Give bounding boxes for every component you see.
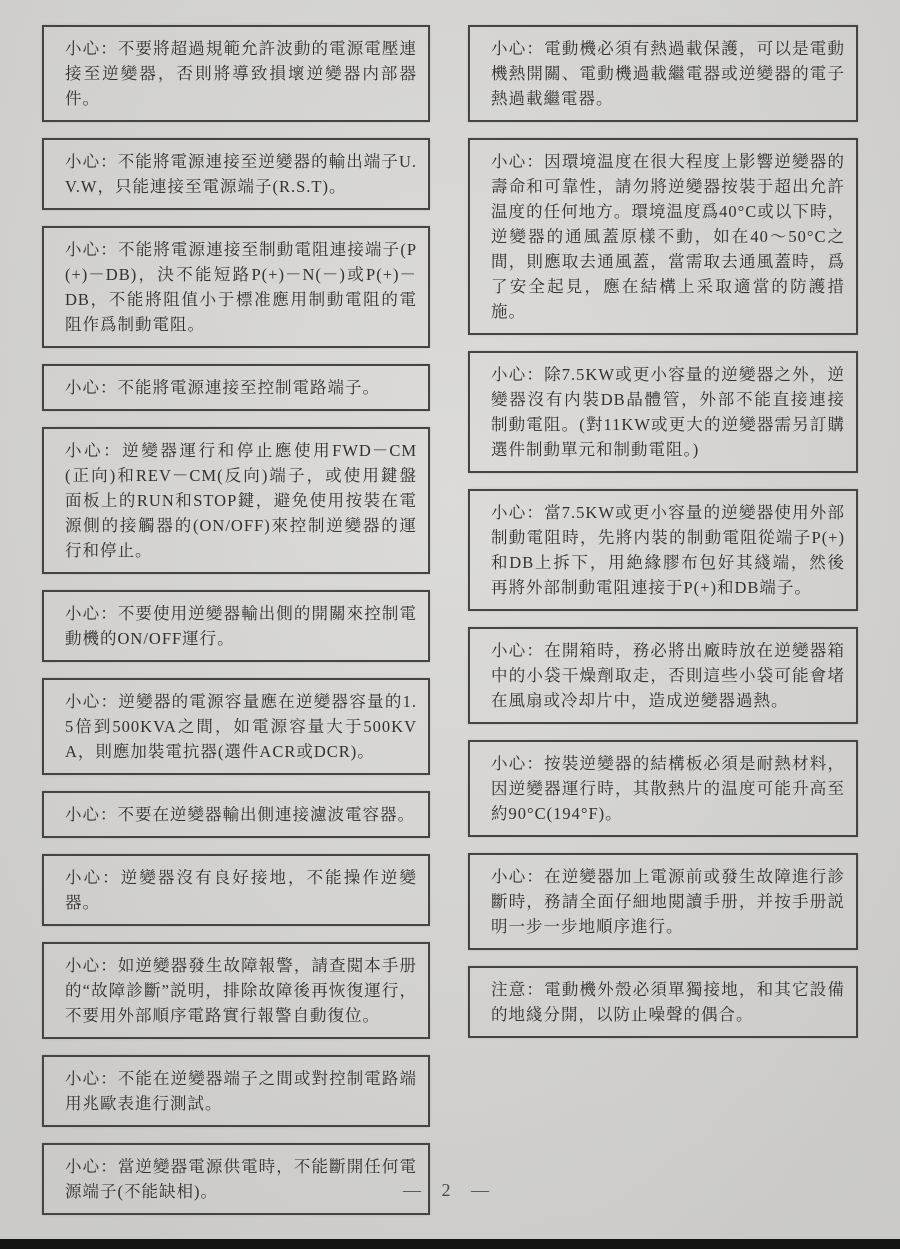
caution-label: 小心： bbox=[65, 378, 118, 397]
caution-label: 小心： bbox=[65, 1069, 118, 1088]
caution-label: 小心： bbox=[65, 240, 118, 259]
caution-body: 不能將電源連接至控制電路端子。 bbox=[118, 378, 381, 397]
notice-text: 注意：電動機外殼必須單獨接地，和其它設備的地綫分開，以防止噪聲的偶合。 bbox=[491, 977, 845, 1027]
right-column: 小心：電動機必須有熱過載保護，可以是電動機熱開關、電動機過載繼電器或逆變器的電子… bbox=[468, 25, 858, 1038]
caution-box: 小心：不要在逆變器輸出側連接濾波電容器。 bbox=[42, 791, 430, 838]
scanned-manual-page: 小心：不要將超過規範允許波動的電源電壓連接至逆變器，否則將導致損壞逆變器内部器件… bbox=[0, 0, 900, 1249]
caution-body: 除7.5KW或更小容量的逆變器之外，逆變器沒有内裝DB晶體管，外部不能直接連接制… bbox=[491, 365, 845, 459]
caution-text: 小心：除7.5KW或更小容量的逆變器之外，逆變器沒有内裝DB晶體管，外部不能直接… bbox=[491, 362, 845, 462]
caution-label: 小心： bbox=[491, 365, 544, 384]
caution-body: 按裝逆變器的結構板必須是耐熱材料，因逆變器運行時，其散熱片的温度可能升高至約90… bbox=[491, 754, 845, 823]
caution-text: 小心：不要在逆變器輸出側連接濾波電容器。 bbox=[65, 802, 417, 827]
caution-box: 小心：如逆變器發生故障報警，請查閲本手册的“故障診斷”説明，排除故障後再恢復運行… bbox=[42, 942, 430, 1039]
caution-box: 小心：電動機必須有熱過載保護，可以是電動機熱開關、電動機過載繼電器或逆變器的電子… bbox=[468, 25, 858, 122]
caution-box: 小心：按裝逆變器的結構板必須是耐熱材料，因逆變器運行時，其散熱片的温度可能升高至… bbox=[468, 740, 858, 837]
caution-body: 因環境温度在很大程度上影響逆變器的壽命和可靠性，請勿將逆變器按裝于超出允許温度的… bbox=[491, 152, 845, 321]
caution-body: 不能將電源連接至逆變器的輸出端子U.V.W，只能連接至電源端子(R.S.T)。 bbox=[65, 152, 417, 196]
caution-text: 小心：不能在逆變器端子之間或對控制電路端用兆歐表進行測試。 bbox=[65, 1066, 417, 1116]
caution-body: 不要在逆變器輸出側連接濾波電容器。 bbox=[118, 805, 416, 824]
caution-box: 小心：不能將電源連接至控制電路端子。 bbox=[42, 364, 430, 411]
caution-label: 小心： bbox=[491, 503, 544, 522]
caution-body: 不要使用逆變器輸出側的開關來控制電動機的ON/OFF運行。 bbox=[65, 604, 417, 648]
caution-label: 小心： bbox=[65, 956, 118, 975]
caution-box: 小心：除7.5KW或更小容量的逆變器之外，逆變器沒有内裝DB晶體管，外部不能直接… bbox=[468, 351, 858, 473]
caution-label: 小心： bbox=[491, 39, 544, 58]
caution-box: 小心：當7.5KW或更小容量的逆變器使用外部制動電阻時，先將内裝的制動電阻從端子… bbox=[468, 489, 858, 611]
caution-body: 不能將電源連接至制動電阻連接端子(P(+)－DB)，決不能短路P(+)－N(－)… bbox=[65, 240, 417, 334]
caution-body: 在逆變器加上電源前或發生故障進行診斷時，務請全面仔細地閲讀手册，并按手册説明一步… bbox=[491, 867, 845, 936]
scan-edge-bar bbox=[0, 1239, 900, 1249]
caution-body: 當7.5KW或更小容量的逆變器使用外部制動電阻時，先將内裝的制動電阻從端子P(+… bbox=[491, 503, 845, 597]
caution-label: 小心： bbox=[65, 152, 118, 171]
caution-label: 小心： bbox=[491, 641, 544, 660]
caution-label: 小心： bbox=[65, 604, 118, 623]
caution-text: 小心：不要將超過規範允許波動的電源電壓連接至逆變器，否則將導致損壞逆變器内部器件… bbox=[65, 36, 417, 111]
caution-label: 小心： bbox=[65, 692, 118, 711]
caution-box: 小心：不能在逆變器端子之間或對控制電路端用兆歐表進行測試。 bbox=[42, 1055, 430, 1127]
caution-box: 小心：因環境温度在很大程度上影響逆變器的壽命和可靠性，請勿將逆變器按裝于超出允許… bbox=[468, 138, 858, 335]
caution-body: 電動機必須有熱過載保護，可以是電動機熱開關、電動機過載繼電器或逆變器的電子熱過載… bbox=[491, 39, 845, 108]
caution-text: 小心：不要使用逆變器輸出側的開關來控制電動機的ON/OFF運行。 bbox=[65, 601, 417, 651]
caution-label: 小心： bbox=[65, 1157, 118, 1176]
caution-text: 小心：逆變器運行和停止應使用FWD－CM(正向)和REV－CM(反向)端子，或使… bbox=[65, 438, 417, 563]
caution-body: 不要將超過規範允許波動的電源電壓連接至逆變器，否則將導致損壞逆變器内部器件。 bbox=[65, 39, 417, 108]
caution-body: 在開箱時，務必將出廠時放在逆變器箱中的小袋干燥劑取走，否則這些小袋可能會堵在風扇… bbox=[491, 641, 845, 710]
caution-text: 小心：逆變器沒有良好接地，不能操作逆變器。 bbox=[65, 865, 417, 915]
left-column: 小心：不要將超過規範允許波動的電源電壓連接至逆變器，否則將導致損壞逆變器内部器件… bbox=[42, 25, 430, 1215]
caution-label: 小心： bbox=[65, 868, 121, 887]
caution-text: 小心：按裝逆變器的結構板必須是耐熱材料，因逆變器運行時，其散熱片的温度可能升高至… bbox=[491, 751, 845, 826]
caution-text: 小心：不能將電源連接至控制電路端子。 bbox=[65, 375, 417, 400]
caution-box: 小心：不能將電源連接至制動電阻連接端子(P(+)－DB)，決不能短路P(+)－N… bbox=[42, 226, 430, 348]
caution-box: 小心：逆變器沒有良好接地，不能操作逆變器。 bbox=[42, 854, 430, 926]
caution-text: 小心：不能將電源連接至逆變器的輸出端子U.V.W，只能連接至電源端子(R.S.T… bbox=[65, 149, 417, 199]
caution-box: 小心：逆變器的電源容量應在逆變器容量的1.5倍到500KVA之間，如電源容量大于… bbox=[42, 678, 430, 775]
caution-label: 小心： bbox=[65, 805, 118, 824]
caution-label: 小心： bbox=[491, 867, 544, 886]
caution-box: 小心：在逆變器加上電源前或發生故障進行診斷時，務請全面仔細地閲讀手册，并按手册説… bbox=[468, 853, 858, 950]
caution-body: 不能在逆變器端子之間或對控制電路端用兆歐表進行測試。 bbox=[65, 1069, 417, 1113]
notice-box: 注意：電動機外殼必須單獨接地，和其它設備的地綫分開，以防止噪聲的偶合。 bbox=[468, 966, 858, 1038]
caution-text: 小心：如逆變器發生故障報警，請查閲本手册的“故障診斷”説明，排除故障後再恢復運行… bbox=[65, 953, 417, 1028]
caution-box: 小心：不能將電源連接至逆變器的輸出端子U.V.W，只能連接至電源端子(R.S.T… bbox=[42, 138, 430, 210]
caution-body: 逆變器的電源容量應在逆變器容量的1.5倍到500KVA之間，如電源容量大于500… bbox=[65, 692, 417, 761]
notice-body: 電動機外殼必須單獨接地，和其它設備的地綫分開，以防止噪聲的偶合。 bbox=[491, 980, 845, 1024]
caution-box: 小心：不要將超過規範允許波動的電源電壓連接至逆變器，否則將導致損壞逆變器内部器件… bbox=[42, 25, 430, 122]
caution-text: 小心：在逆變器加上電源前或發生故障進行診斷時，務請全面仔細地閲讀手册，并按手册説… bbox=[491, 864, 845, 939]
page-number: — 2 — bbox=[0, 1180, 900, 1201]
caution-text: 小心：當7.5KW或更小容量的逆變器使用外部制動電阻時，先將内裝的制動電阻從端子… bbox=[491, 500, 845, 600]
caution-text: 小心：不能將電源連接至制動電阻連接端子(P(+)－DB)，決不能短路P(+)－N… bbox=[65, 237, 417, 337]
caution-box: 小心：當逆變器電源供電時，不能斷開任何電源端子(不能缺相)。 bbox=[42, 1143, 430, 1215]
caution-text: 小心：因環境温度在很大程度上影響逆變器的壽命和可靠性，請勿將逆變器按裝于超出允許… bbox=[491, 149, 845, 324]
caution-label: 小心： bbox=[65, 39, 118, 58]
caution-box: 小心：不要使用逆變器輸出側的開關來控制電動機的ON/OFF運行。 bbox=[42, 590, 430, 662]
caution-text: 小心：電動機必須有熱過載保護，可以是電動機熱開關、電動機過載繼電器或逆變器的電子… bbox=[491, 36, 845, 111]
caution-body: 如逆變器發生故障報警，請查閲本手册的“故障診斷”説明，排除故障後再恢復運行，不要… bbox=[65, 956, 417, 1025]
caution-label: 小心： bbox=[491, 152, 544, 171]
notice-label: 注意： bbox=[491, 980, 544, 999]
caution-box: 小心：在開箱時，務必將出廠時放在逆變器箱中的小袋干燥劑取走，否則這些小袋可能會堵… bbox=[468, 627, 858, 724]
caution-text: 小心：逆變器的電源容量應在逆變器容量的1.5倍到500KVA之間，如電源容量大于… bbox=[65, 689, 417, 764]
caution-box: 小心：逆變器運行和停止應使用FWD－CM(正向)和REV－CM(反向)端子，或使… bbox=[42, 427, 430, 574]
caution-label: 小心： bbox=[491, 754, 544, 773]
caution-text: 小心：在開箱時，務必將出廠時放在逆變器箱中的小袋干燥劑取走，否則這些小袋可能會堵… bbox=[491, 638, 845, 713]
caution-label: 小心： bbox=[65, 441, 122, 460]
